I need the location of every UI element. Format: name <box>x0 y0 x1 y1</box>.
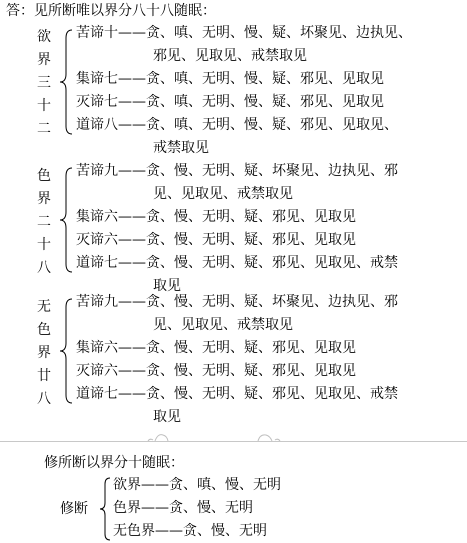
afflictions: 贪、慢、无明、疑、坏聚见、边执见、邪 <box>146 163 398 179</box>
answer-heading: 答：见所断唯以界分八十八随眠： <box>6 0 216 22</box>
group-label-char: 界 <box>36 49 52 71</box>
truth-name: 灭谛七 <box>76 94 118 110</box>
afflictions: 贪、慢、无明、疑、邪见、见取见、戒禁 <box>146 386 398 402</box>
left-brace-icon <box>98 476 112 542</box>
dash: —— <box>118 71 146 87</box>
dash: —— <box>141 500 169 516</box>
afflictions-continued: 戒禁取见 <box>153 137 209 159</box>
truth-name: 集谛六 <box>76 209 118 225</box>
truth-name: 灭谛六 <box>76 363 118 379</box>
afflictions: 贪、慢、无明 <box>183 523 267 539</box>
left-brace-icon <box>58 28 74 136</box>
truth-name: 集谛六 <box>76 340 118 356</box>
dash: —— <box>118 163 146 179</box>
dash: —— <box>118 255 146 271</box>
dash: —— <box>118 232 146 248</box>
dash: —— <box>155 523 183 539</box>
left-brace-icon <box>58 297 74 405</box>
truth-name: 苦谛九 <box>76 163 118 179</box>
truth-row: 苦谛九——贪、慢、无明、疑、坏聚见、边执见、邪 <box>76 291 398 313</box>
afflictions: 贪、嗔、无明、慢、疑、邪见、见取见 <box>146 71 384 87</box>
truth-name: 苦谛十 <box>76 25 118 41</box>
group-label-char: 二 <box>36 118 52 140</box>
realm-name: 无色界 <box>113 523 155 539</box>
afflictions: 贪、慢、无明、疑、邪见、见取见 <box>146 340 356 356</box>
afflictions-continued: 见、见取见、戒禁取见 <box>153 314 293 336</box>
afflictions: 贪、嗔、无明、慢、疑、坏聚见、边执见、 <box>146 25 412 41</box>
cultivation-label: 修断 <box>60 498 88 520</box>
group-label-char: 二 <box>36 211 52 233</box>
truth-row: 道谛八——贪、嗔、无明、慢、疑、邪见、见取见、 <box>76 114 398 136</box>
truth-name: 道谛八 <box>76 117 118 133</box>
truth-row: 道谛七——贪、慢、无明、疑、邪见、见取见、戒禁 <box>76 383 398 405</box>
truth-name: 道谛七 <box>76 255 118 271</box>
group-label-char: 十 <box>36 95 52 117</box>
group-label-char: 欲 <box>36 26 52 48</box>
truth-name: 集谛七 <box>76 71 118 87</box>
group-label-char: 色 <box>36 165 52 187</box>
group-label-char: 廿 <box>36 365 52 387</box>
truth-row: 灭谛六——贪、慢、无明、疑、邪见、见取见 <box>76 229 356 251</box>
realm-name: 色界 <box>113 500 141 516</box>
page-separator <box>0 441 467 442</box>
dash: —— <box>118 117 146 133</box>
afflictions: 贪、嗔、无明、慢、疑、邪见、见取见 <box>146 94 384 110</box>
afflictions-continued: 取见 <box>153 406 181 428</box>
dash: —— <box>118 340 146 356</box>
group-label-char: 界 <box>36 342 52 364</box>
truth-name: 道谛七 <box>76 386 118 402</box>
dash: —— <box>118 294 146 310</box>
dash: —— <box>118 209 146 225</box>
dash: —— <box>118 386 146 402</box>
afflictions: 贪、慢、无明、疑、坏聚见、边执见、邪 <box>146 294 398 310</box>
truth-row: 灭谛七——贪、嗔、无明、慢、疑、邪见、见取见 <box>76 91 384 113</box>
group-label-char: 八 <box>36 388 52 410</box>
afflictions: 贪、慢、无明、疑、邪见、见取见 <box>146 209 356 225</box>
dash: —— <box>141 477 169 493</box>
afflictions-continued: 邪见、见取见、戒禁取见 <box>153 45 307 67</box>
group-label-char: 色 <box>36 319 52 341</box>
afflictions-continued: 见、见取见、戒禁取见 <box>153 183 293 205</box>
group-label-char: 十 <box>36 234 52 256</box>
dash: —— <box>118 94 146 110</box>
dash: —— <box>118 363 146 379</box>
truth-name: 苦谛九 <box>76 294 118 310</box>
realm-row: 欲界——贪、嗔、慢、无明 <box>113 474 281 496</box>
truth-name: 灭谛六 <box>76 232 118 248</box>
afflictions: 贪、慢、无明 <box>169 500 253 516</box>
afflictions: 贪、慢、无明、疑、邪见、见取见 <box>146 363 356 379</box>
truth-row: 苦谛九——贪、慢、无明、疑、坏聚见、边执见、邪 <box>76 160 398 182</box>
realm-name: 欲界 <box>113 477 141 493</box>
group-label-char: 界 <box>36 188 52 210</box>
truth-row: 集谛六——贪、慢、无明、疑、邪见、见取见 <box>76 337 356 359</box>
dash: —— <box>118 25 146 41</box>
afflictions: 贪、嗔、慢、无明 <box>169 477 281 493</box>
afflictions: 贪、慢、无明、疑、邪见、见取见 <box>146 232 356 248</box>
truth-row: 道谛七——贪、慢、无明、疑、邪见、见取见、戒禁 <box>76 252 398 274</box>
left-brace-icon <box>58 166 74 274</box>
truth-row: 苦谛十——贪、嗔、无明、慢、疑、坏聚见、边执见、 <box>76 22 412 44</box>
truth-row: 集谛七——贪、嗔、无明、慢、疑、邪见、见取见 <box>76 68 384 90</box>
group-label-char: 八 <box>36 257 52 279</box>
truth-row: 集谛六——贪、慢、无明、疑、邪见、见取见 <box>76 206 356 228</box>
truth-row: 灭谛六——贪、慢、无明、疑、邪见、见取见 <box>76 360 356 382</box>
group-label-char: 三 <box>36 72 52 94</box>
cultivation-heading: 修所断以界分十随眠： <box>44 452 184 474</box>
realm-row: 色界——贪、慢、无明 <box>113 497 253 519</box>
group-label-char: 无 <box>36 296 52 318</box>
realm-row: 无色界——贪、慢、无明 <box>113 520 267 542</box>
afflictions: 贪、嗔、无明、慢、疑、邪见、见取见、 <box>146 117 398 133</box>
afflictions: 贪、慢、无明、疑、邪见、见取见、戒禁 <box>146 255 398 271</box>
